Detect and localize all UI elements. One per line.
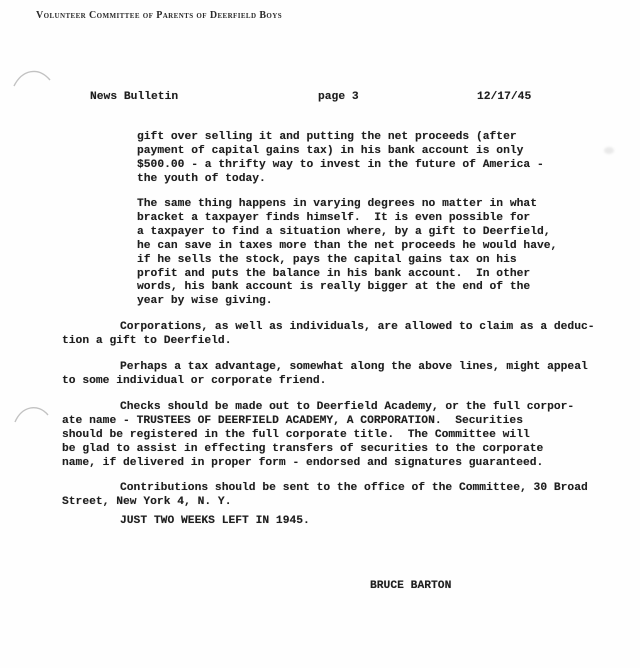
bulletin-date: 12/17/45	[477, 91, 531, 105]
signature-name: BRUCE BARTON	[370, 580, 451, 594]
letterhead: Volunteer Committee of Parents of Deerfi…	[36, 10, 282, 21]
paragraph-tax-brackets: The same thing happens in varying degree…	[137, 198, 557, 309]
closing-line: JUST TWO WEEKS LEFT IN 1945.	[120, 515, 310, 529]
paragraph-checks-instructions: Checks should be made out to Deerfield A…	[62, 401, 574, 471]
paragraph-corporations: Corporations, as well as individuals, ar…	[62, 321, 595, 349]
scan-smudge	[604, 147, 614, 154]
paragraph-contributions-address: Contributions should be sent to the offi…	[62, 482, 588, 510]
paragraph-gift-proceeds: gift over selling it and putting the net…	[137, 131, 544, 187]
page-number: page 3	[318, 91, 359, 105]
paragraph-tax-advantage: Perhaps a tax advantage, somewhat along …	[62, 361, 588, 389]
margin-arc-mark-top	[10, 62, 54, 92]
bulletin-title: News Bulletin	[90, 91, 178, 105]
document-page: Volunteer Committee of Parents of Deerfi…	[0, 0, 640, 668]
margin-arc-mark-bottom	[12, 398, 52, 428]
